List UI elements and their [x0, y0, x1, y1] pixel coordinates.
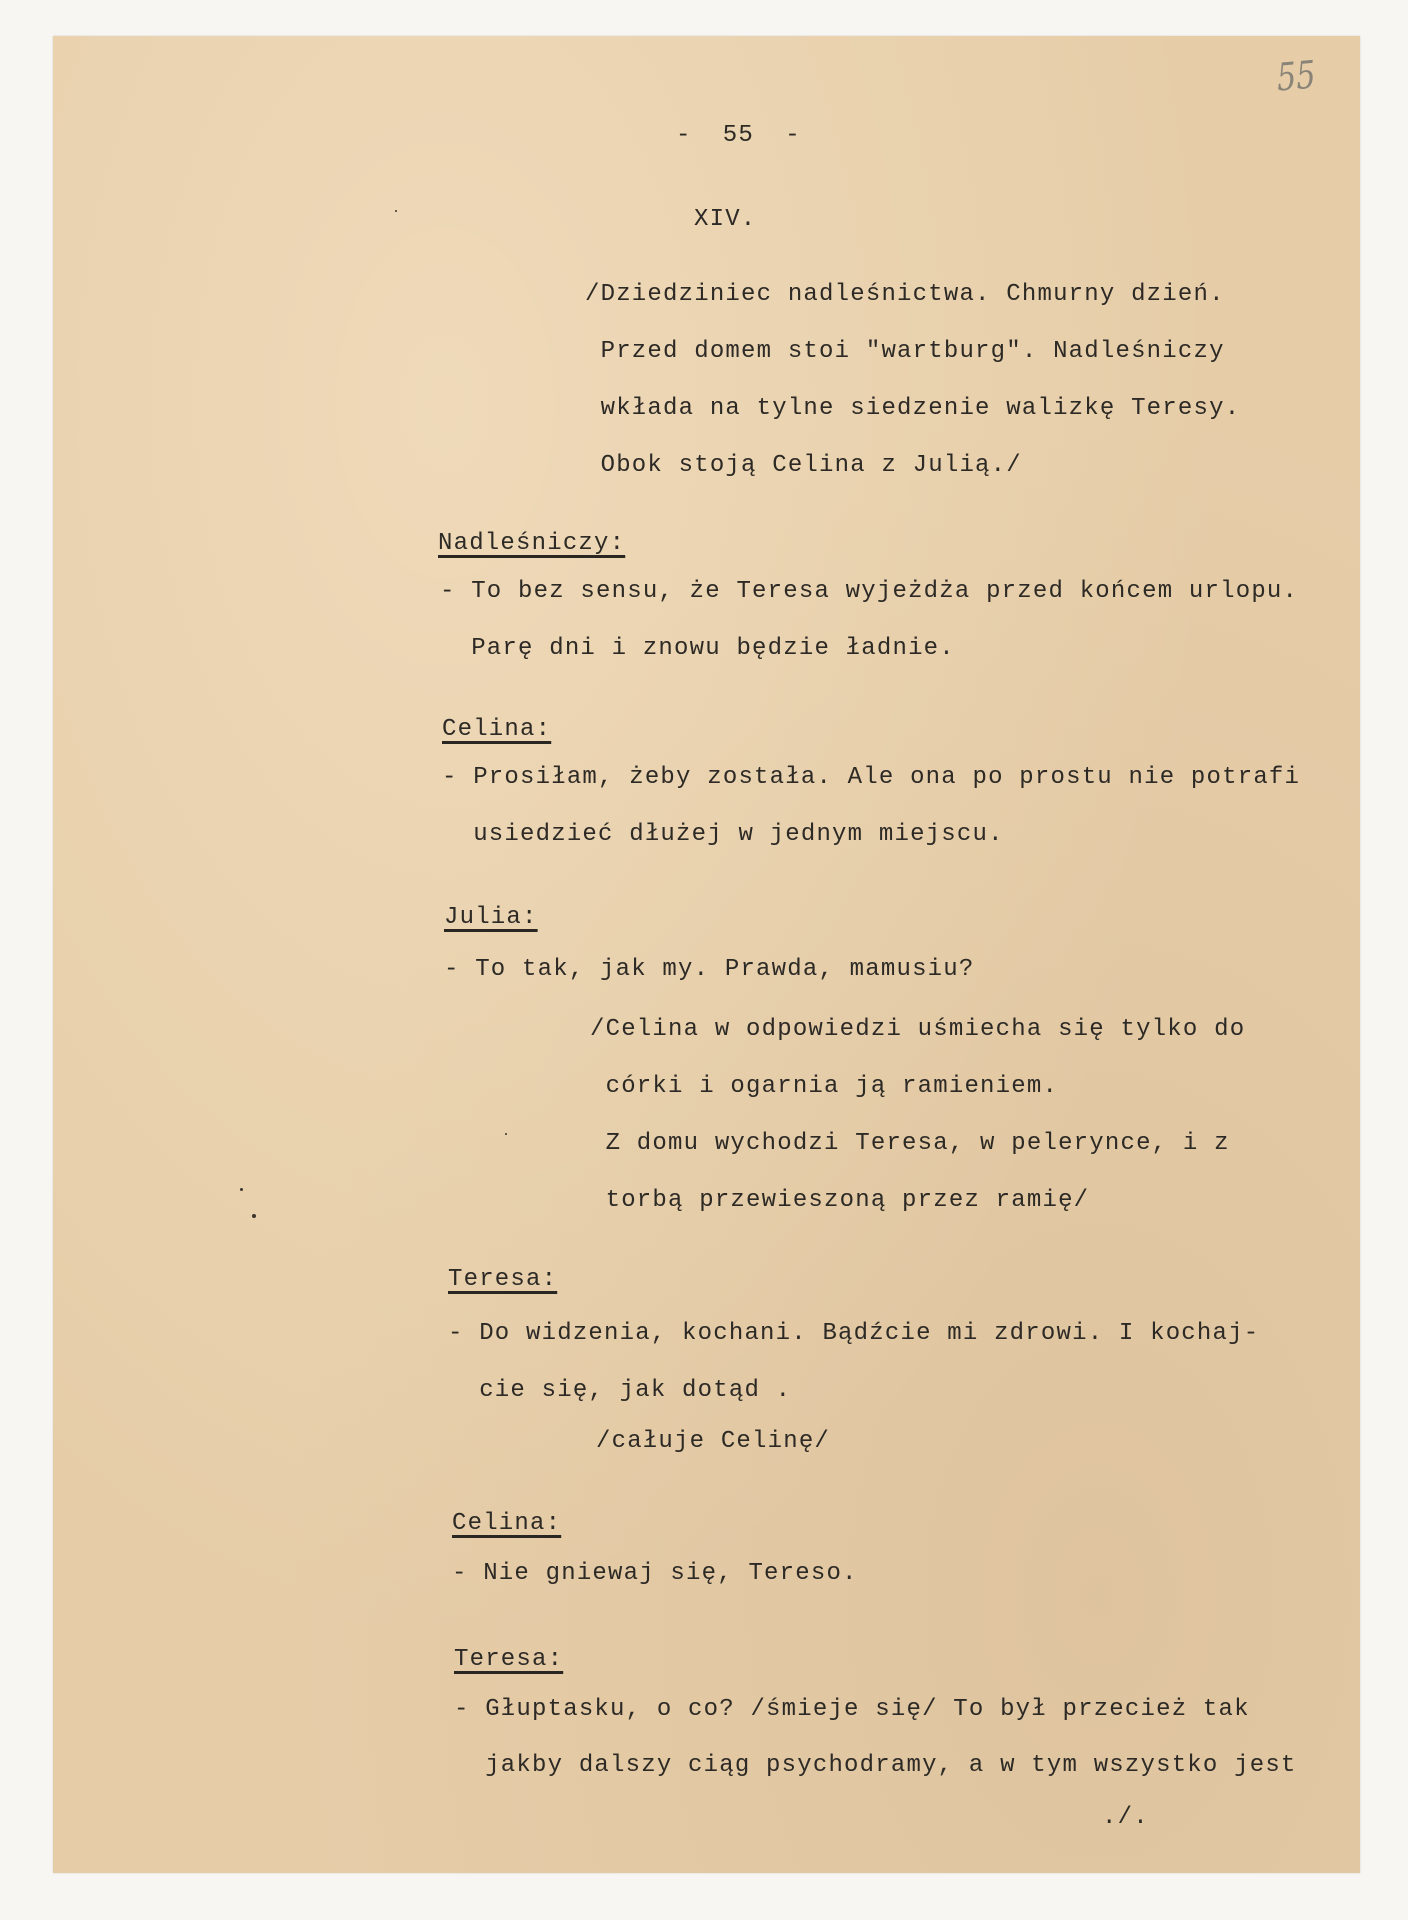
paper-speck [252, 1214, 256, 1218]
speaker-name: Teresa: [454, 1648, 563, 1672]
stage-direction-line: córki i ogarnia ją ramieniem. [590, 1075, 1058, 1099]
stage-direction-line: Obok stoją Celina z Julią./ [585, 454, 1022, 478]
paper-speck [395, 210, 397, 212]
handwritten-page-number: 55 [1276, 52, 1317, 99]
scene-number: XIV. [694, 208, 756, 232]
paper-speck [505, 1133, 507, 1135]
dialogue-line: - Do widzenia, kochani. Bądźcie mi zdrow… [448, 1322, 1259, 1346]
dialogue-line: Parę dni i znowu będzie ładnie. [440, 637, 955, 661]
dialogue-line: - To tak, jak my. Prawda, mamusiu? [444, 958, 974, 982]
stage-direction-line: Z domu wychodzi Teresa, w pelerynce, i z [590, 1132, 1230, 1156]
dialogue-line: cie się, jak dotąd . [448, 1379, 791, 1403]
dialogue-line: - To bez sensu, że Teresa wyjeżdża przed… [440, 580, 1298, 604]
stage-direction-line: Przed domem stoi "wartburg". Nadleśniczy [585, 340, 1225, 364]
typewritten-page [53, 36, 1360, 1873]
stage-direction-line: /Celina w odpowiedzi uśmiecha się tylko … [590, 1018, 1245, 1042]
stage-direction-line: wkłada na tylne siedzenie walizkę Teresy… [585, 397, 1240, 421]
stage-direction-line: /całuje Celinę/ [596, 1430, 830, 1454]
typed-page-number: - 55 - [676, 124, 801, 148]
stage-direction-line: torbą przewieszoną przez ramię/ [590, 1189, 1089, 1213]
speaker-name: Teresa: [448, 1268, 557, 1292]
stage-direction-line: /Dziedziniec nadleśnictwa. Chmurny dzień… [585, 283, 1225, 307]
dialogue-line: - Głuptasku, o co? /śmieje się/ To był p… [454, 1698, 1250, 1722]
dialogue-line: - Nie gniewaj się, Tereso. [452, 1562, 858, 1586]
speaker-name: Julia: [444, 906, 538, 930]
continuation-mark: ./. [1102, 1806, 1149, 1830]
dialogue-line: usiedzieć dłużej w jednym miejscu. [442, 823, 1004, 847]
speaker-name: Celina: [442, 718, 551, 742]
dialogue-line: - Prosiłam, żeby została. Ale ona po pro… [442, 766, 1300, 790]
dialogue-line: jakby dalszy ciąg psychodramy, a w tym w… [454, 1754, 1297, 1778]
paper-speck [240, 1188, 243, 1191]
speaker-name: Celina: [452, 1512, 561, 1536]
speaker-name: Nadleśniczy: [438, 532, 625, 556]
